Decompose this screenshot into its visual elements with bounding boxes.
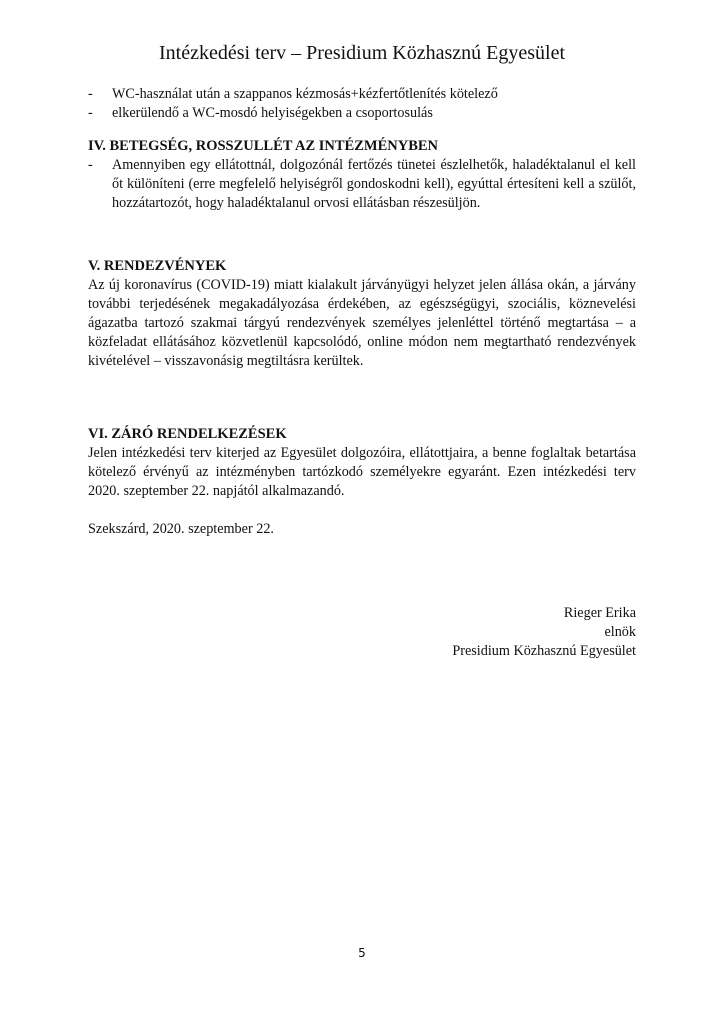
- document-page: Intézkedési terv – Presidium Közhasznú E…: [0, 0, 724, 1024]
- bullet-dash: -: [88, 85, 112, 104]
- signatory-role: elnök: [452, 623, 636, 642]
- section-body: Jelen intézkedési terv kiterjed az Egyes…: [88, 444, 636, 501]
- signatory-name: Rieger Erika: [452, 604, 636, 623]
- list-item: - Amennyiben egy ellátottnál, dolgozónál…: [88, 156, 636, 213]
- section-heading: V. RENDEZVÉNYEK: [88, 257, 636, 276]
- list-item: - elkerülendő a WC-mosdó helyiségekben a…: [88, 104, 636, 123]
- bullet-dash: -: [88, 156, 112, 213]
- section-4: IV. BETEGSÉG, ROSSZULLÉT AZ INTÉZMÉNYBEN…: [88, 137, 636, 213]
- section-6: VI. ZÁRÓ RENDELKEZÉSEK Jelen intézkedési…: [88, 425, 636, 539]
- intro-bullet-list: - WC-használat után a szappanos kézmosás…: [88, 85, 636, 123]
- list-item: - WC-használat után a szappanos kézmosás…: [88, 85, 636, 104]
- section-heading: VI. ZÁRÓ RENDELKEZÉSEK: [88, 425, 636, 444]
- list-item-text: elkerülendő a WC-mosdó helyiségekben a c…: [112, 104, 636, 123]
- bullet-dash: -: [88, 104, 112, 123]
- place-and-date: Szekszárd, 2020. szeptember 22.: [88, 520, 636, 539]
- section-5: V. RENDEZVÉNYEK Az új koronavírus (COVID…: [88, 257, 636, 371]
- signatory-organization: Presidium Közhasznú Egyesület: [452, 642, 636, 661]
- list-item-text: Amennyiben egy ellátottnál, dolgozónál f…: [112, 156, 636, 213]
- page-number: 5: [0, 946, 724, 960]
- section-heading: IV. BETEGSÉG, ROSSZULLÉT AZ INTÉZMÉNYBEN: [88, 137, 636, 156]
- list-item-text: WC-használat után a szappanos kézmosás+k…: [112, 85, 636, 104]
- signature-block: Rieger Erika elnök Presidium Közhasznú E…: [452, 604, 636, 661]
- page-header-title: Intézkedési terv – Presidium Közhasznú E…: [0, 42, 724, 65]
- section-body: Az új koronavírus (COVID-19) miatt kiala…: [88, 276, 636, 371]
